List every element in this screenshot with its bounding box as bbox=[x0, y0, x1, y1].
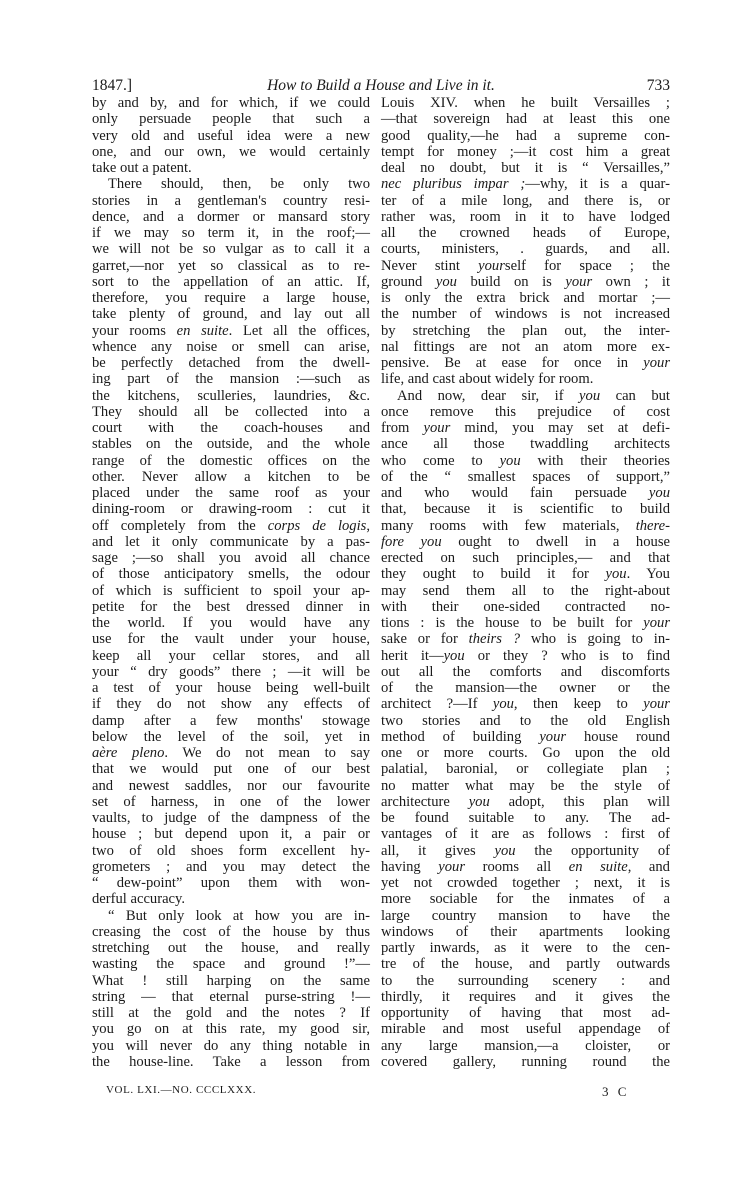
text-line: There should, then, be only two bbox=[92, 176, 370, 192]
text-line: we will not be so vulgar as to call it a bbox=[92, 241, 370, 257]
text-line: partly inwards, as it were to the cen- bbox=[381, 940, 670, 956]
text-line: be found suitable to any. The ad- bbox=[381, 810, 670, 826]
text-line: court with the coach-houses and bbox=[92, 420, 370, 436]
text-line: windows of their apartments looking bbox=[381, 924, 670, 940]
text-line: if they do not show any effects of bbox=[92, 696, 370, 712]
text-line: creasing the cost of the house by thus bbox=[92, 924, 370, 940]
text-line: you go on at this rate, my good sir, bbox=[92, 1021, 370, 1037]
running-header: 1847.] How to Build a House and Live in … bbox=[92, 76, 670, 96]
text-line: they ought to build it for you. You bbox=[381, 566, 670, 582]
text-line: two of old shoes form excellent hy- bbox=[92, 843, 370, 859]
text-line: may send them all to the right-about bbox=[381, 583, 670, 599]
text-line: your rooms en suite. Let all the offices… bbox=[92, 323, 370, 339]
text-line: a test of your house being well-built bbox=[92, 680, 370, 696]
text-line: your “ dry goods” there ; —it will be bbox=[92, 664, 370, 680]
text-line: by stretching the plan out, the inter- bbox=[381, 323, 670, 339]
text-line: take plenty of ground, and lay out all bbox=[92, 306, 370, 322]
text-line: stables on the outside, and the whole bbox=[92, 436, 370, 452]
text-line: architect ?—If you, then keep to your bbox=[381, 696, 670, 712]
text-line: who come to you with their theories bbox=[381, 453, 670, 469]
text-line: covered gallery, running round the bbox=[381, 1054, 670, 1070]
text-line: yet not crowded together ; next, it is bbox=[381, 875, 670, 891]
text-line: —that sovereign had at least this one bbox=[381, 111, 670, 127]
text-line: the kitchens, sculleries, laundries, &c. bbox=[92, 388, 370, 404]
printer-signature: 3 C bbox=[602, 1084, 629, 1100]
text-line: herit it—you or they ? who is to find bbox=[381, 648, 670, 664]
text-line: that, because it is scientific to build bbox=[381, 501, 670, 517]
text-line: pensive. Be at ease for once in your bbox=[381, 355, 670, 371]
text-line: many rooms with few materials, there- bbox=[381, 518, 670, 534]
text-line: only persuade people that such a bbox=[92, 111, 370, 127]
text-line: the number of windows is not increased bbox=[381, 306, 670, 322]
text-line: aère pleno. We do not mean to say bbox=[92, 745, 370, 761]
text-line: And now, dear sir, if you can but bbox=[381, 388, 670, 404]
text-line: you will never do any thing notable in bbox=[92, 1038, 370, 1054]
text-line: garret,—nor yet so classical as to re- bbox=[92, 258, 370, 274]
document-page: 1847.] How to Build a House and Live in … bbox=[0, 0, 750, 1180]
text-line: dence, and a dormer or mansard story bbox=[92, 209, 370, 225]
text-line: by and by, and for which, if we could bbox=[92, 95, 370, 111]
text-line: nec pluribus impar ;—why, it is a quar- bbox=[381, 176, 670, 192]
text-line: dining-room or drawing-room : cut it bbox=[92, 501, 370, 517]
text-line: any large mansion,—a cloister, or bbox=[381, 1038, 670, 1054]
text-line: of those anticipatory smells, the odour bbox=[92, 566, 370, 582]
page-footer: VOL. LXI.—NO. CCCLXXX. 3 C bbox=[92, 1084, 670, 1100]
text-line: very old and useful idea were a new bbox=[92, 128, 370, 144]
text-line: vaults, to judge of the dampness of the bbox=[92, 810, 370, 826]
text-line: all, it gives you the opportunity of bbox=[381, 843, 670, 859]
text-line: Louis XIV. when he built Versailles ; bbox=[381, 95, 670, 111]
text-line: of which is sufficient to spoil your ap- bbox=[92, 583, 370, 599]
text-line: erected on such principles,— and that bbox=[381, 550, 670, 566]
text-line: of the mansion—the owner or the bbox=[381, 680, 670, 696]
text-line: They should all be collected into a bbox=[92, 404, 370, 420]
text-line: off completely from the corps de logis, bbox=[92, 518, 370, 534]
text-line: no matter what may be the style of bbox=[381, 778, 670, 794]
text-line: nal fittings are not an atom more ex- bbox=[381, 339, 670, 355]
text-line: out all the comforts and discomforts bbox=[381, 664, 670, 680]
text-line: string — that eternal purse-string !— bbox=[92, 989, 370, 1005]
text-line: ing part of the mansion :—such as bbox=[92, 371, 370, 387]
text-line: fore you ought to dwell in a house bbox=[381, 534, 670, 550]
page-number: 733 bbox=[647, 76, 670, 96]
text-line: sort to the appellation of an attic. If, bbox=[92, 274, 370, 290]
text-line: set of harness, in one of the lower bbox=[92, 794, 370, 810]
text-line: and let it only communicate by a pas- bbox=[92, 534, 370, 550]
text-line: tre of the house, and partly outwards bbox=[381, 956, 670, 972]
text-line: all the crowned heads of Europe, bbox=[381, 225, 670, 241]
text-line: the house-line. Take a lesson from bbox=[92, 1054, 370, 1070]
text-line: life, and cast about widely for room. bbox=[381, 371, 670, 387]
text-line: petite for the best dressed dinner in bbox=[92, 599, 370, 615]
text-line: is only the extra brick and mortar ;— bbox=[381, 290, 670, 306]
text-line: derful accuracy. bbox=[92, 891, 370, 907]
text-line: keep all your cellar stores, and all bbox=[92, 648, 370, 664]
text-line: to the surrounding scenery : and bbox=[381, 973, 670, 989]
text-line: wasting the space and ground !”— bbox=[92, 956, 370, 972]
text-line: grometers ; and you may detect the bbox=[92, 859, 370, 875]
text-line: other. Never allow a kitchen to be bbox=[92, 469, 370, 485]
text-line: therefore, you require a large house, bbox=[92, 290, 370, 306]
text-line: two stories and to the old English bbox=[381, 713, 670, 729]
running-title: How to Build a House and Live in it. bbox=[92, 76, 670, 96]
text-line: the world. If you would have any bbox=[92, 615, 370, 631]
text-line: stretching out the house, and really bbox=[92, 940, 370, 956]
text-line: sage ;—so shall you avoid all chance bbox=[92, 550, 370, 566]
text-line: tempt for money ;—it cost him a great bbox=[381, 144, 670, 160]
text-line: “ dew-point” upon them with won- bbox=[92, 875, 370, 891]
text-line: use for the vault under your house, bbox=[92, 631, 370, 647]
text-line: one, and our own, we would certainly bbox=[92, 144, 370, 160]
text-line: stories in a gentleman's country resi- bbox=[92, 193, 370, 209]
left-column: by and by, and for which, if we couldonl… bbox=[92, 95, 370, 1070]
text-line: method of building your house round bbox=[381, 729, 670, 745]
text-line: large country mansion to have the bbox=[381, 908, 670, 924]
text-line: tions : is the house to be built for you… bbox=[381, 615, 670, 631]
text-line: whence any noise or smell can arise, bbox=[92, 339, 370, 355]
text-line: of the “ smallest spaces of support,” bbox=[381, 469, 670, 485]
text-line: sake or for theirs ? who is going to in- bbox=[381, 631, 670, 647]
text-line: Never stint yourself for space ; the bbox=[381, 258, 670, 274]
text-line: architecture you adopt, this plan will bbox=[381, 794, 670, 810]
text-line: vantages of it are as follows : first of bbox=[381, 826, 670, 842]
text-line: ground you build on is your own ; it bbox=[381, 274, 670, 290]
text-line: palatial, baronial, or collegiate plan ; bbox=[381, 761, 670, 777]
text-line: if we may so term it, in the roof;— bbox=[92, 225, 370, 241]
text-line: and newest saddles, nor our favourite bbox=[92, 778, 370, 794]
text-line: damp after a few months' stowage bbox=[92, 713, 370, 729]
text-line: “ But only look at how you are in- bbox=[92, 908, 370, 924]
text-line: from your mind, you may set at defi- bbox=[381, 420, 670, 436]
text-line: house ; but depend upon it, a pair or bbox=[92, 826, 370, 842]
text-line: rather was, room in it to have lodged bbox=[381, 209, 670, 225]
text-line: What ! still harping on the same bbox=[92, 973, 370, 989]
text-line: deal no doubt, but it is “ Versailles,” bbox=[381, 160, 670, 176]
text-line: and who would fain persuade you bbox=[381, 485, 670, 501]
text-line: thirdly, it requires and it gives the bbox=[381, 989, 670, 1005]
text-line: placed under the same roof as your bbox=[92, 485, 370, 501]
text-line: opportunity of having that most ad- bbox=[381, 1005, 670, 1021]
text-line: having your rooms all en suite, and bbox=[381, 859, 670, 875]
text-line: be perfectly detached from the dwell- bbox=[92, 355, 370, 371]
text-line: more sociable for the inmates of a bbox=[381, 891, 670, 907]
text-line: below the level of the soil, yet in bbox=[92, 729, 370, 745]
right-column: Louis XIV. when he built Versailles ;—th… bbox=[381, 95, 670, 1070]
text-line: range of the domestic offices on the bbox=[92, 453, 370, 469]
text-line: good quality,—he had a supreme con- bbox=[381, 128, 670, 144]
text-line: mirable and most useful appendage of bbox=[381, 1021, 670, 1037]
text-line: one or more courts. Go upon the old bbox=[381, 745, 670, 761]
text-line: take out a patent. bbox=[92, 160, 370, 176]
text-line: with their one-sided contracted no- bbox=[381, 599, 670, 615]
text-line: once remove this prejudice of cost bbox=[381, 404, 670, 420]
text-line: that we would put one of our best bbox=[92, 761, 370, 777]
text-line: ter of a mile long, and there is, or bbox=[381, 193, 670, 209]
text-line: ance all those twaddling architects bbox=[381, 436, 670, 452]
volume-number: VOL. LXI.—NO. CCCLXXX. bbox=[106, 1084, 256, 1096]
text-line: courts, ministers, . guards, and all. bbox=[381, 241, 670, 257]
text-line: still at the gold and the notes ? If bbox=[92, 1005, 370, 1021]
